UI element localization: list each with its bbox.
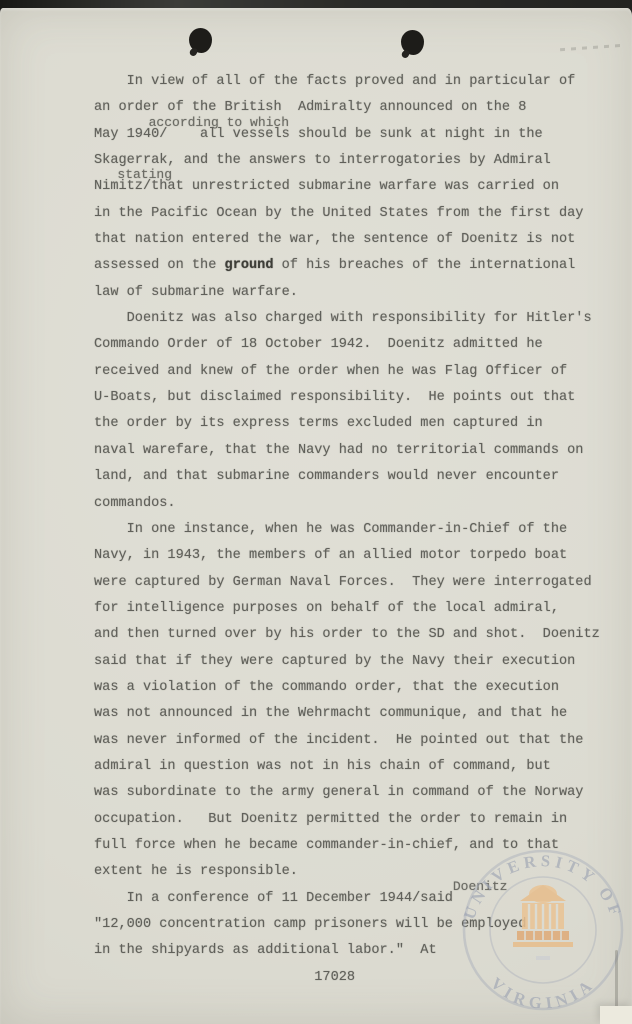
text-line: and then turned over by his order to the… (94, 622, 632, 648)
scan-background: { "document": { "lines": [ {"text": " In… (0, 0, 632, 1024)
text-line: commandos. (94, 491, 632, 517)
text-line: naval warefare, that the Navy had no ter… (94, 438, 632, 464)
text-line: said that if they were captured by the N… (94, 649, 632, 675)
text-line: received and knew of the order when he w… (94, 359, 632, 385)
text-line: admiral in question was not in his chain… (94, 754, 632, 780)
text-line: was not announced in the Wehrmacht commu… (94, 701, 632, 727)
text-line: law of submarine warfare. (94, 280, 632, 306)
emphasized-word: ground (225, 258, 274, 273)
text-line: Commando Order of 18 October 1942. Doeni… (94, 332, 632, 358)
text-line: was never informed of the incident. He p… (94, 728, 632, 754)
text-line: Skagerrak, and the answers to interrogat… (94, 148, 632, 174)
rotunda-building-icon (513, 885, 573, 960)
text-line: that nation entered the war, the sentenc… (94, 227, 632, 253)
text-line: U-Boats, but disclaimed responsibility. … (94, 385, 632, 411)
pencil-smudge (560, 44, 624, 51)
corner-paper-patch (600, 1006, 632, 1024)
text-line: in the Pacific Ocean by the United State… (94, 201, 632, 227)
text-segment: of his breaches of the international (273, 258, 575, 273)
text-line: In view of all of the facts proved and i… (94, 69, 632, 95)
text-line: were captured by German Naval Forces. Th… (94, 570, 632, 596)
text-line: for intelligence purposes on behalf of t… (94, 596, 632, 622)
university-of-virginia-watermark-seal: UNIVERSITY OF VIRGINIA (443, 830, 632, 1024)
text-segment: assessed on the (94, 258, 225, 273)
punch-hole-left (189, 28, 212, 53)
paper-sheet: In view of all of the facts proved and i… (0, 8, 632, 1024)
text-line: In one instance, when he was Commander-i… (94, 517, 632, 543)
punch-hole-right (401, 30, 424, 55)
text-line: assessed on the ground of his breaches o… (94, 253, 632, 279)
paper-edge-shadow (615, 950, 618, 1010)
text-line: land, and that submarine commanders woul… (94, 464, 632, 490)
svg-text:VIRGINIA: VIRGINIA (487, 974, 599, 1013)
text-line: the order by its express terms excluded … (94, 411, 632, 437)
seal-arc-bottom-text: VIRGINIA (487, 974, 599, 1013)
text-line: was a violation of the commando order, t… (94, 675, 632, 701)
text-line: was subordinate to the army general in c… (94, 780, 632, 806)
text-line: Doenitz was also charged with responsibi… (94, 306, 632, 332)
text-line: Nimitz/that unrestricted submarine warfa… (94, 174, 632, 200)
text-line: Navy, in 1943, the members of an allied … (94, 543, 632, 569)
